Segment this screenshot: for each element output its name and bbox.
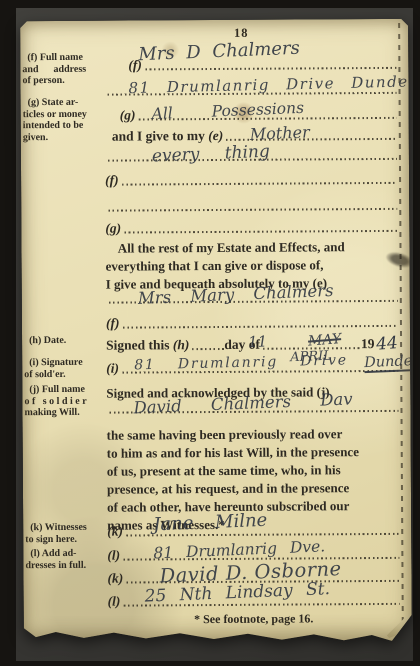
footnote: * See footnote, page 16. bbox=[108, 611, 400, 628]
dotted-line bbox=[192, 348, 224, 350]
dotted-line bbox=[145, 67, 397, 71]
handwriting-day: 11 bbox=[248, 332, 268, 351]
prefix-g: (g) bbox=[120, 107, 136, 123]
dotted-line bbox=[108, 208, 397, 212]
field-row-f-blank-2: (f) bbox=[106, 312, 398, 332]
label-state-articles: (g) State ar- ticles or money intended t… bbox=[23, 97, 123, 144]
printed-give-line: and I give to my bbox=[112, 128, 208, 145]
handwriting-beneficiary: Mother bbox=[249, 122, 310, 143]
printed-19: 19 bbox=[361, 336, 375, 352]
prefix-f: (f) bbox=[105, 173, 119, 189]
dotted-line bbox=[122, 325, 398, 329]
handwriting-year: 44 bbox=[376, 333, 399, 355]
dotted-line bbox=[124, 230, 397, 234]
prefix-g: (g) bbox=[105, 221, 121, 237]
will-form-page: 18 (f) Full name and address of person. … bbox=[20, 19, 412, 643]
prefix-l: (l) bbox=[108, 594, 121, 610]
handwriting-month-struck: MAY bbox=[308, 331, 342, 349]
printed-signed-this: Signed this bbox=[106, 337, 173, 353]
dotted-line bbox=[122, 182, 398, 186]
prefix-e: (e) bbox=[208, 128, 223, 144]
field-row-blank bbox=[105, 195, 397, 215]
paper-wrap: 18 (f) Full name and address of person. … bbox=[22, 20, 410, 642]
field-row-f-blank: (f) bbox=[105, 169, 397, 189]
field-row-g-blank: (g) bbox=[105, 217, 397, 237]
prefix-l: (l) bbox=[107, 548, 120, 564]
prefix-h: (h) bbox=[173, 337, 190, 353]
photo-background: 18 (f) Full name and address of person. … bbox=[0, 0, 420, 666]
prefix-k: (k) bbox=[107, 571, 123, 587]
prefix-i: (i) bbox=[106, 361, 119, 377]
prefix-k: (k) bbox=[107, 524, 123, 540]
prefix-f: (f) bbox=[106, 316, 120, 332]
